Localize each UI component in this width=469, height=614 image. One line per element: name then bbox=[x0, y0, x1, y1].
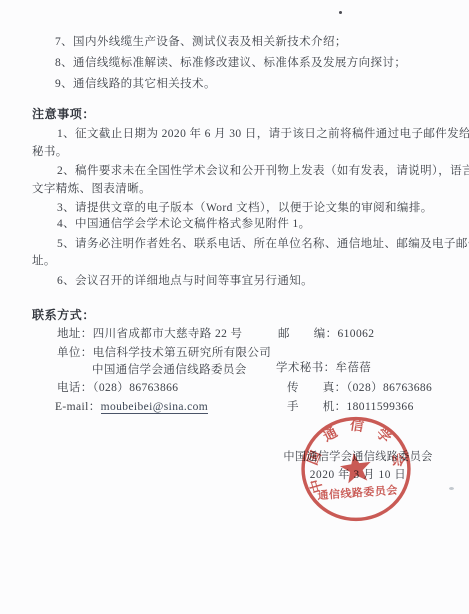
org-label: 单位： bbox=[57, 347, 93, 359]
signature-date: 2020 年 3 月 10 日 bbox=[250, 466, 466, 482]
note-line-1b: 秘书。 bbox=[32, 145, 68, 159]
address-value: 四川省成都市大慈寺路 22 号 bbox=[93, 328, 243, 340]
contact-phone: 电话：（028）86763866 bbox=[57, 381, 178, 395]
contact-mobile: 手 机：18011599366 bbox=[287, 400, 414, 414]
note-line-2b: 文字精炼、图表清晰。 bbox=[32, 182, 151, 196]
notes-heading: 注意事项： bbox=[32, 107, 95, 121]
contact-heading: 联系方式： bbox=[32, 308, 95, 322]
address-label: 地址： bbox=[57, 328, 93, 340]
scan-speck-dark bbox=[339, 11, 342, 14]
org-value-line1: 电信科学技术第五研究所有限公司 bbox=[93, 347, 272, 359]
topic-item-7: 7、国内外线缆生产设备、测试仪表及相关新技术介绍； bbox=[55, 35, 347, 49]
note-line-5: 5、请务必注明作者姓名、联系电话、所在单位名称、通信地址、邮编及电子邮件地 bbox=[57, 237, 469, 251]
contact-postcode: 邮 编：610062 bbox=[278, 327, 374, 341]
signature-org: 中国通信学会通信线路委员会 bbox=[250, 448, 466, 464]
email-label: E-mail： bbox=[55, 401, 101, 413]
note-line-6: 6、会议召开的详细地点与时间等事宜另行通知。 bbox=[57, 274, 313, 288]
seal-banner-text: 通信线路委员会 bbox=[317, 483, 398, 503]
topic-item-9: 9、通信线路的其它相关技术。 bbox=[55, 77, 216, 91]
contact-org-line2: 中国通信学会通信线路委员会 bbox=[92, 363, 247, 377]
phone-value: （028）86763866 bbox=[93, 382, 179, 394]
note-line-4: 4、中国通信学会学术论文稿件格式参见附件 1。 bbox=[57, 217, 311, 231]
contact-fax: 传 真：（028）86763686 bbox=[287, 381, 432, 395]
note-line-1: 1、征文截止日期为 2020 年 6 月 30 日，请于该日之前将稿件通过电子邮… bbox=[57, 127, 469, 141]
contact-email: E-mail：moubeibei@sina.com bbox=[55, 400, 208, 414]
contact-address: 地址：四川省成都市大慈寺路 22 号 bbox=[57, 327, 242, 341]
note-line-5b: 址。 bbox=[32, 254, 56, 268]
scan-speck-light bbox=[449, 487, 454, 490]
document-page: 7、国内外线缆生产设备、测试仪表及相关新技术介绍； 8、通信线缆标准解读、标准修… bbox=[0, 0, 469, 614]
topic-item-8: 8、通信线缆标准解读、标准修改建议、标准体系及发展方向探讨； bbox=[55, 56, 406, 70]
phone-label: 电话： bbox=[57, 382, 93, 394]
note-line-3: 3、请提供文章的电子版本（Word 文档），以便于论文集的审阅和编排。 bbox=[57, 201, 433, 215]
email-link[interactable]: moubeibei@sina.com bbox=[101, 401, 209, 414]
contact-secretary: 学术秘书：牟蓓蓓 bbox=[276, 361, 371, 375]
contact-org: 单位：电信科学技术第五研究所有限公司 bbox=[57, 346, 271, 360]
note-line-2: 2、稿件要求未在全国性学术会议和公开刊物上发表（如有发表，请说明），语言流畅、 bbox=[57, 164, 469, 178]
